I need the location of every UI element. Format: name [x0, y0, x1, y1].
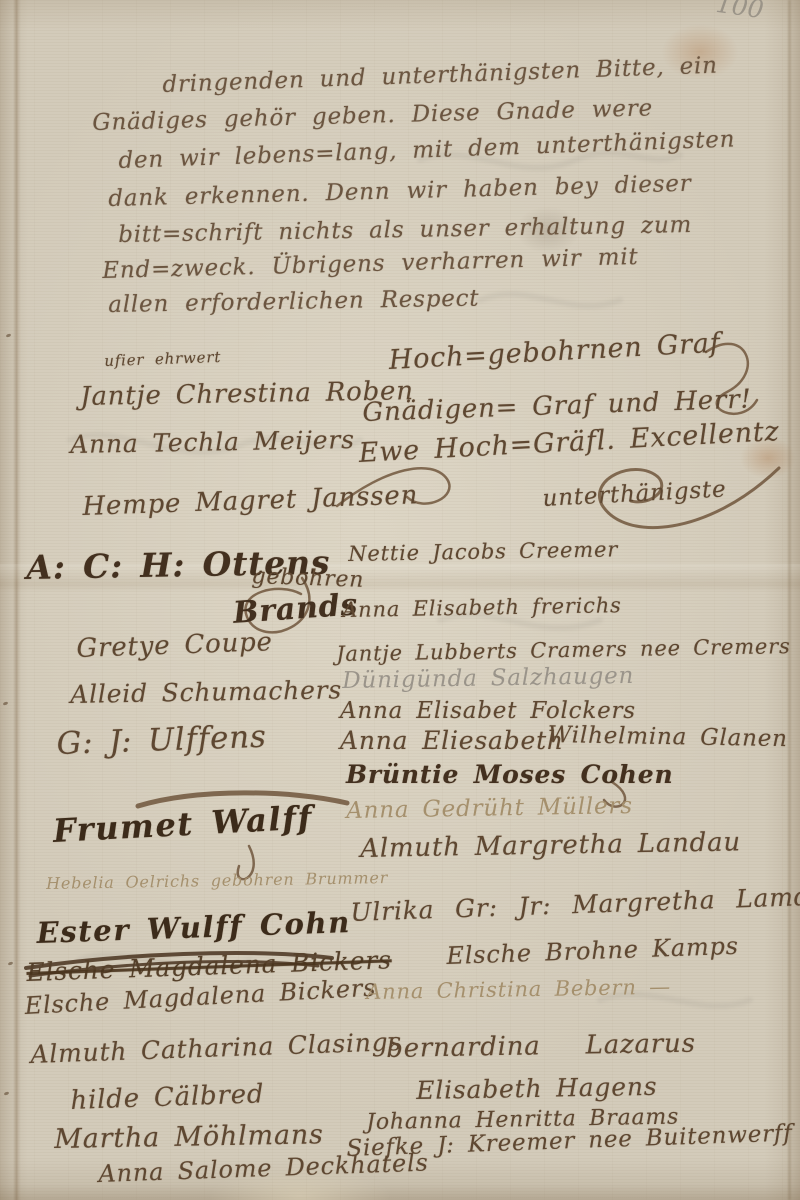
signature-line: Anna Techla Meijers: [70, 425, 355, 459]
signature-line: Ester Wulff Cohn: [36, 905, 351, 950]
signature-line-faded: Dünigünda Salzhaugen: [342, 663, 634, 694]
petition-line: dank erkennen. Denn wir haben bey dieser: [108, 171, 692, 212]
ink-speck: [3, 701, 9, 706]
signature-line: Jantje Chrestina Roben: [80, 376, 414, 412]
signature-line: Ulrika Gr: Jr: Margretha Lamden: [350, 881, 800, 927]
signature-line: Anna Elisabeth frerichs: [342, 593, 622, 622]
signature-line: Jantje Lubberts Cramers nee Cremers: [336, 634, 791, 666]
petition-line: End=zweck. Übrigens verharren wir mit: [102, 244, 639, 284]
signature-line: Frumet Walff: [52, 798, 314, 850]
signature-line: Brands: [232, 587, 359, 631]
signature-line: Almuth Margretha Landau: [360, 827, 741, 864]
signature-line: Elisabeth Hagens: [416, 1072, 658, 1105]
signature-line: bernardina Lazarus: [386, 1029, 696, 1064]
closing-line: Hoch=gebohrnen Graf: [388, 328, 721, 376]
signature-line-faded: Anna Christina Bebern —: [366, 975, 671, 1004]
petition-line: dringenden und unterthänigsten Bitte, ei…: [162, 53, 718, 98]
signature-line: Wilhelmina Glanen: [548, 722, 788, 752]
ink-speck: [4, 1091, 10, 1096]
petition-line: Gnädiges gehör geben. Diese Gnade were: [92, 95, 653, 136]
manuscript-page: 100 dringenden und unterthänigsten Bitte…: [0, 0, 800, 1200]
signature-line: ufier ehrwert: [104, 348, 221, 370]
closing-line: unterthänigste: [542, 476, 727, 512]
petition-line: allen erforderlichen Respect: [108, 286, 480, 318]
signature-line-faded: Anna Gedrüht Müllers: [346, 793, 633, 824]
right-page-edge: [788, 0, 791, 1200]
signature-line: Hebelia Oelrichs gebohren Brummer: [46, 868, 388, 893]
signature-line: Anna Eliesabeth: [340, 726, 564, 755]
folio-number: 100: [714, 0, 765, 24]
signature-line: Brüntie Moses Cohen: [346, 760, 673, 789]
signature-line: Gretye Coupe: [76, 627, 273, 664]
signature-line: Almuth Catharina Clasings: [30, 1027, 403, 1069]
petition-line: den wir lebens=lang, mit dem unterthänig…: [118, 126, 736, 174]
signature-line: Martha Möhlmans: [54, 1119, 324, 1155]
signature-line: Alleid Schumachers: [70, 675, 342, 709]
signature-line: Elsche Brohne Kamps: [446, 932, 739, 970]
signature-line: G: J: Ulffens: [56, 719, 267, 762]
left-fold-crease: [13, 0, 21, 1200]
signature-line: Anna Elisabet Folckers: [340, 698, 636, 724]
signature-line: Hempe Magret Janssen: [82, 480, 419, 522]
signature-line: Nettie Jacobs Creemer: [348, 537, 618, 566]
ink-speck: [6, 333, 12, 338]
signature-line: hilde Cälbred: [70, 1079, 265, 1116]
petition-line: bitt=schrift nichts als unser erhaltung …: [118, 212, 692, 248]
